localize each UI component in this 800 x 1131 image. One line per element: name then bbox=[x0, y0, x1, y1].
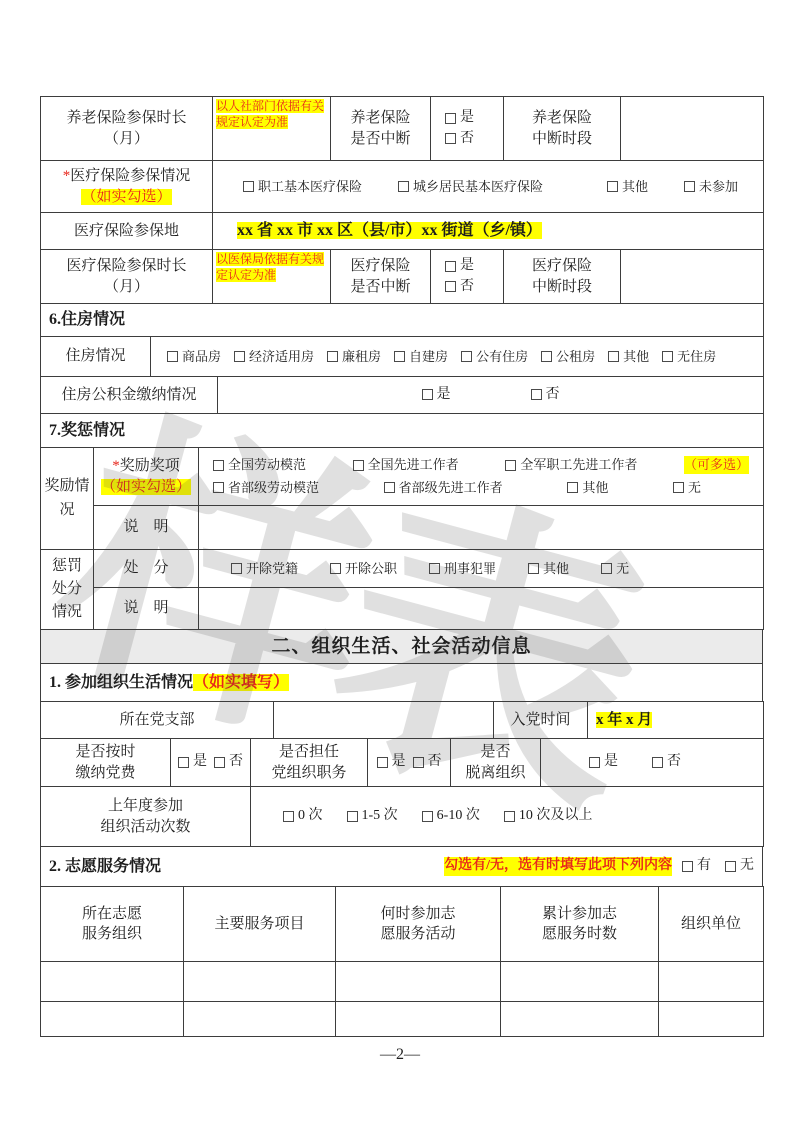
pension-interrupt-choice: 是 否 bbox=[431, 97, 504, 161]
option-label: 其他 bbox=[622, 178, 648, 196]
punish-group-line3: 情况 bbox=[42, 601, 92, 624]
yes-label: 是 bbox=[604, 753, 618, 772]
volunteer-header-project: 主要服务项目 bbox=[184, 887, 336, 962]
checkbox-icon[interactable] bbox=[429, 563, 440, 574]
option-label: 开除公职 bbox=[345, 560, 397, 578]
insurance-table: 养老保险参保时长 （月） 以人社部门依据有关规定认定为准 养老保险 是否中断 是… bbox=[40, 96, 764, 304]
pension-duration-note: 以人社部门依据有关规定认定为准 bbox=[216, 99, 324, 129]
medical-option-2[interactable]: 其他 bbox=[607, 178, 648, 196]
punish-options: 开除党籍 开除公职 刑事犯罪 其他 无 bbox=[199, 550, 764, 588]
option-label: 省部级劳动模范 bbox=[228, 479, 319, 497]
option-label: 职工基本医疗保险 bbox=[258, 178, 362, 196]
form-page: 养老保险参保时长 （月） 以人社部门依据有关规定认定为准 养老保险 是否中断 是… bbox=[0, 0, 800, 1131]
medical-interrupt-yes[interactable]: 是 bbox=[445, 257, 499, 276]
checkbox-icon[interactable] bbox=[608, 351, 619, 362]
no-label: 否 bbox=[229, 753, 243, 772]
punish-option-1[interactable]: 开除公职 bbox=[330, 560, 397, 578]
pension-duration-note-cell: 以人社部门依据有关规定认定为准 bbox=[213, 97, 331, 161]
pension-period-line1: 养老保险 bbox=[508, 108, 616, 128]
checkbox-icon[interactable] bbox=[422, 389, 433, 400]
org-life-branch-table: 所在党支部 入党时间 x 年 x 月 bbox=[40, 701, 764, 739]
checkbox-icon[interactable] bbox=[213, 460, 224, 471]
reward-group-label: 奖励情况 bbox=[41, 448, 94, 550]
checkbox-icon[interactable] bbox=[673, 482, 684, 493]
option-label: 全军职工先进工作者 bbox=[520, 456, 637, 474]
punish-option-2[interactable]: 刑事犯罪 bbox=[429, 560, 496, 578]
activity-label-line2: 组织活动次数 bbox=[45, 817, 246, 837]
punish-option-4[interactable]: 无 bbox=[601, 560, 629, 578]
volunteer-header-hours: 累计参加志 愿服务时数 bbox=[501, 887, 659, 962]
option-label: 6-10 次 bbox=[437, 807, 480, 826]
checkbox-icon[interactable] bbox=[234, 351, 245, 362]
yes-label: 是 bbox=[460, 257, 474, 276]
pension-interrupt-no[interactable]: 否 bbox=[445, 130, 499, 149]
rewards-table: 7.奖惩情况 奖励情况 *奖励奖项 （如实勾选） 全国劳动模范 全国先进工作者 … bbox=[40, 413, 764, 630]
post-label-line1: 是否担任 bbox=[255, 742, 363, 762]
leave-no[interactable]: 否 bbox=[652, 753, 681, 772]
punish-option-0[interactable]: 开除党籍 bbox=[231, 560, 298, 578]
medical-duration-unit: （月） bbox=[45, 277, 208, 297]
pension-interrupt-yes[interactable]: 是 bbox=[445, 109, 499, 128]
checkbox-icon[interactable] bbox=[684, 181, 695, 192]
branch-value[interactable] bbox=[274, 702, 494, 739]
rewards-section-title: 7.奖惩情况 bbox=[41, 414, 764, 448]
punish-remark-label: 说 明 bbox=[94, 588, 199, 630]
join-date-value-cell[interactable]: x 年 x 月 bbox=[588, 702, 764, 739]
punish-group-label: 惩罚 处分 情况 bbox=[41, 550, 94, 630]
post-yes[interactable]: 是 bbox=[377, 753, 406, 772]
housing-option-4[interactable]: 公有住房 bbox=[461, 348, 528, 366]
form-content: 养老保险参保时长 （月） 以人社部门依据有关规定认定为准 养老保险 是否中断 是… bbox=[40, 96, 763, 1037]
award-option-1[interactable]: 全国先进工作者 bbox=[353, 456, 459, 474]
pension-period-line2: 中断时段 bbox=[508, 129, 616, 149]
header-line: 愿服务活动 bbox=[340, 924, 496, 944]
yes-label: 是 bbox=[460, 109, 474, 128]
medical-interrupt-label: 医疗保险 是否中断 bbox=[331, 250, 431, 304]
checkbox-icon[interactable] bbox=[662, 351, 673, 362]
option-label: 廉租房 bbox=[342, 348, 381, 366]
activity-label: 上年度参加 组织活动次数 bbox=[41, 787, 251, 847]
pension-interrupt-period-value[interactable] bbox=[621, 97, 764, 161]
option-label: 其他 bbox=[623, 348, 649, 366]
leave-label: 是否 脱离组织 bbox=[451, 739, 541, 787]
option-label: 其他 bbox=[543, 560, 569, 578]
housing-options: 商品房 经济适用房 廉租房 自建房 公有住房 公租房 其他 无住房 bbox=[151, 337, 764, 377]
org-life-title: 1. 参加组织生活情况 bbox=[49, 674, 193, 691]
checkbox-icon[interactable] bbox=[601, 563, 612, 574]
leave-yes[interactable]: 是 bbox=[589, 753, 618, 772]
volunteer-cell[interactable] bbox=[336, 962, 501, 1002]
pension-interrupt-period-label: 养老保险 中断时段 bbox=[504, 97, 621, 161]
activity-options: 0 次 1-5 次 6-10 次 10 次及以上 bbox=[251, 787, 764, 847]
checkbox-icon[interactable] bbox=[347, 811, 358, 822]
medical-interrupt-label-line1: 医疗保险 bbox=[335, 256, 426, 276]
volunteer-cell[interactable] bbox=[184, 962, 336, 1002]
option-label: 1-5 次 bbox=[362, 807, 398, 826]
punish-group-line1: 惩罚 bbox=[42, 555, 92, 578]
dues-no[interactable]: 否 bbox=[214, 753, 243, 772]
checkbox-icon[interactable] bbox=[422, 811, 433, 822]
volunteer-none[interactable]: 无 bbox=[725, 857, 754, 876]
checkbox-icon[interactable] bbox=[445, 113, 456, 124]
award-option-6[interactable]: 无 bbox=[673, 479, 701, 497]
checkbox-icon[interactable] bbox=[505, 460, 516, 471]
volunteer-cell[interactable] bbox=[41, 1002, 184, 1037]
no-label: 否 bbox=[546, 386, 560, 405]
award-label-text: 奖励奖项 bbox=[120, 458, 180, 474]
housing-option-2[interactable]: 廉租房 bbox=[327, 348, 381, 366]
checkbox-icon[interactable] bbox=[541, 351, 552, 362]
activity-option-2[interactable]: 6-10 次 bbox=[422, 807, 480, 826]
medical-interrupt-choice: 是 否 bbox=[431, 250, 504, 304]
volunteer-cell[interactable] bbox=[336, 1002, 501, 1037]
housing-option-1[interactable]: 经济适用房 bbox=[234, 348, 314, 366]
option-label: 公有住房 bbox=[476, 348, 528, 366]
org-life-activity-table: 上年度参加 组织活动次数 0 次 1-5 次 6-10 次 10 次及以上 bbox=[40, 786, 764, 847]
org-life-title-table: 1. 参加组织生活情况（如实填写） bbox=[40, 663, 763, 702]
checkbox-icon[interactable] bbox=[607, 181, 618, 192]
punish-group-line2: 处分 bbox=[42, 578, 92, 601]
checkbox-icon[interactable] bbox=[445, 133, 456, 144]
checkbox-icon[interactable] bbox=[652, 757, 663, 768]
housing-option-7[interactable]: 无住房 bbox=[662, 348, 716, 366]
volunteer-cell[interactable] bbox=[41, 962, 184, 1002]
section-band-title: 二、组织生活、社会活动信息 bbox=[41, 630, 763, 664]
medical-interrupt-period-value[interactable] bbox=[621, 250, 764, 304]
table-row bbox=[41, 962, 764, 1002]
option-label: 其他 bbox=[582, 479, 608, 497]
dues-label-line2: 缴纳党费 bbox=[45, 763, 166, 783]
checkbox-icon[interactable] bbox=[384, 482, 395, 493]
housing-status-label: 住房情况 bbox=[41, 337, 151, 377]
option-label: 无住房 bbox=[677, 348, 716, 366]
checkbox-icon[interactable] bbox=[531, 389, 542, 400]
checkbox-icon[interactable] bbox=[327, 351, 338, 362]
header-line: 主要服务项目 bbox=[188, 914, 331, 934]
option-label: 自建房 bbox=[409, 348, 448, 366]
checkbox-icon[interactable] bbox=[398, 181, 409, 192]
post-label-line2: 党组织职务 bbox=[255, 763, 363, 783]
volunteer-cell[interactable] bbox=[501, 962, 659, 1002]
pension-interrupt-label-line1: 养老保险 bbox=[335, 108, 426, 128]
option-label: 省部级先进工作者 bbox=[399, 479, 503, 497]
medical-interrupt-label-line2: 是否中断 bbox=[335, 277, 426, 297]
none-label: 无 bbox=[740, 857, 754, 876]
checkbox-icon[interactable] bbox=[377, 757, 388, 768]
award-note: （如实勾选） bbox=[101, 479, 191, 495]
checkbox-icon[interactable] bbox=[353, 460, 364, 471]
volunteer-cell[interactable] bbox=[659, 1002, 764, 1037]
header-line: 所在志愿 bbox=[45, 904, 179, 924]
header-line: 何时参加志 bbox=[340, 904, 496, 924]
volunteer-header-org: 所在志愿 服务组织 bbox=[41, 887, 184, 962]
housing-option-0[interactable]: 商品房 bbox=[167, 348, 221, 366]
punish-option-3[interactable]: 其他 bbox=[528, 560, 569, 578]
have-label: 有 bbox=[697, 857, 711, 876]
medical-place-label: 医疗保险参保地 bbox=[41, 213, 213, 250]
checkbox-icon[interactable] bbox=[445, 261, 456, 272]
page-number: —2— bbox=[0, 1046, 800, 1064]
option-label: 城乡居民基本医疗保险 bbox=[413, 178, 543, 196]
medical-period-line1: 医疗保险 bbox=[508, 256, 616, 276]
medical-status-label-text: 医疗保险参保情况 bbox=[70, 168, 190, 184]
volunteer-note: 勾选有/无，选有时填写此项下列内容 bbox=[444, 857, 672, 876]
housing-option-5[interactable]: 公租房 bbox=[541, 348, 595, 366]
activity-label-line1: 上年度参加 bbox=[45, 796, 246, 816]
yes-label: 是 bbox=[392, 753, 406, 772]
medical-option-1[interactable]: 城乡居民基本医疗保险 bbox=[398, 178, 543, 196]
award-label: *奖励奖项 （如实勾选） bbox=[94, 448, 199, 506]
checkbox-icon[interactable] bbox=[725, 861, 736, 872]
medical-duration-note-cell: 以医保局依据有关规定认定为准 bbox=[213, 250, 331, 304]
medical-duration-label-text: 医疗保险参保时长 bbox=[45, 256, 208, 276]
branch-label: 所在党支部 bbox=[41, 702, 274, 739]
housing-fund-no[interactable]: 否 bbox=[531, 386, 560, 405]
option-label: 公租房 bbox=[556, 348, 595, 366]
award-remark-value[interactable] bbox=[199, 506, 764, 550]
volunteer-title: 2. 志愿服务情况 bbox=[49, 856, 161, 878]
award-option-3[interactable]: 省部级劳动模范 bbox=[213, 479, 319, 497]
checkbox-icon[interactable] bbox=[243, 181, 254, 192]
option-label: 0 次 bbox=[298, 807, 323, 826]
pension-interrupt-label: 养老保险 是否中断 bbox=[331, 97, 431, 161]
award-options: 全国劳动模范 全国先进工作者 全军职工先进工作者 （可多选） 省部级劳动模范 省… bbox=[199, 448, 764, 506]
checkbox-icon[interactable] bbox=[330, 563, 341, 574]
checkbox-icon[interactable] bbox=[167, 351, 178, 362]
header-line: 累计参加志 bbox=[505, 904, 654, 924]
checkbox-icon[interactable] bbox=[461, 351, 472, 362]
option-label: 未参加 bbox=[699, 178, 738, 196]
pension-duration-label: 养老保险参保时长 （月） bbox=[41, 97, 213, 161]
checkbox-icon[interactable] bbox=[413, 757, 424, 768]
housing-fund-choice: 是 否 bbox=[218, 377, 764, 414]
post-label: 是否担任 党组织职务 bbox=[251, 739, 368, 787]
award-option-0[interactable]: 全国劳动模范 bbox=[213, 456, 306, 474]
required-star: * bbox=[112, 458, 120, 474]
no-label: 否 bbox=[460, 130, 474, 149]
medical-option-3[interactable]: 未参加 bbox=[684, 178, 738, 196]
volunteer-cell[interactable] bbox=[501, 1002, 659, 1037]
pension-duration-unit: （月） bbox=[45, 129, 208, 149]
option-label: 10 次及以上 bbox=[519, 807, 593, 826]
org-life-yesno-table: 是否按时 缴纳党费 是 否 是否担任 党组织职务 是 否 bbox=[40, 738, 764, 787]
option-label: 商品房 bbox=[182, 348, 221, 366]
checkbox-icon[interactable] bbox=[394, 351, 405, 362]
header-line: 愿服务时数 bbox=[505, 924, 654, 944]
table-row bbox=[41, 1002, 764, 1037]
yes-label: 是 bbox=[193, 753, 207, 772]
volunteer-have[interactable]: 有 bbox=[682, 857, 711, 876]
housing-section-title: 6.住房情况 bbox=[41, 304, 764, 337]
volunteer-table: 所在志愿 服务组织 主要服务项目 何时参加志 愿服务活动 累计参加志 愿服务时数… bbox=[40, 886, 764, 1037]
volunteer-title-cell: 2. 志愿服务情况 勾选有/无，选有时填写此项下列内容 有 无 bbox=[41, 847, 763, 887]
medical-duration-note: 以医保局依据有关规定认定为准 bbox=[216, 252, 324, 282]
org-life-title-cell: 1. 参加组织生活情况（如实填写） bbox=[41, 664, 763, 702]
punish-remark-value[interactable] bbox=[199, 588, 764, 630]
medical-status-options: 职工基本医疗保险 城乡居民基本医疗保险 其他 未参加 bbox=[213, 161, 764, 213]
award-option-5[interactable]: 其他 bbox=[567, 479, 608, 497]
medical-status-note: （如实勾选） bbox=[81, 189, 171, 205]
housing-option-3[interactable]: 自建房 bbox=[394, 348, 448, 366]
checkbox-icon[interactable] bbox=[214, 757, 225, 768]
checkbox-icon[interactable] bbox=[504, 811, 515, 822]
dues-label: 是否按时 缴纳党费 bbox=[41, 739, 171, 787]
housing-fund-yes[interactable]: 是 bbox=[422, 386, 451, 405]
checkbox-icon[interactable] bbox=[528, 563, 539, 574]
dues-choice: 是 否 bbox=[171, 739, 251, 787]
option-label: 无 bbox=[688, 479, 701, 497]
no-label: 否 bbox=[460, 278, 474, 297]
option-label: 刑事犯罪 bbox=[444, 560, 496, 578]
housing-table: 6.住房情况 住房情况 商品房 经济适用房 廉租房 自建房 公有住房 公租房 其… bbox=[40, 303, 764, 414]
volunteer-header-when: 何时参加志 愿服务活动 bbox=[336, 887, 501, 962]
org-life-title-note: （如实填写） bbox=[193, 674, 289, 691]
yes-label: 是 bbox=[437, 386, 451, 405]
medical-interrupt-period-label: 医疗保险 中断时段 bbox=[504, 250, 621, 304]
leave-choice: 是 否 bbox=[541, 739, 764, 787]
option-label: 开除党籍 bbox=[246, 560, 298, 578]
checkbox-icon[interactable] bbox=[283, 811, 294, 822]
join-date-value: x 年 x 月 bbox=[596, 712, 652, 728]
award-remark-label: 说 明 bbox=[94, 506, 199, 550]
option-label: 无 bbox=[616, 560, 629, 578]
pension-interrupt-label-line2: 是否中断 bbox=[335, 129, 426, 149]
header-line: 组织单位 bbox=[663, 914, 759, 934]
checkbox-icon[interactable] bbox=[178, 757, 189, 768]
checkbox-icon[interactable] bbox=[567, 482, 578, 493]
medical-option-0[interactable]: 职工基本医疗保险 bbox=[243, 178, 362, 196]
medical-status-label: *医疗保险参保情况 （如实勾选） bbox=[41, 161, 213, 213]
medical-duration-label: 医疗保险参保时长 （月） bbox=[41, 250, 213, 304]
award-option-4[interactable]: 省部级先进工作者 bbox=[384, 479, 503, 497]
checkbox-icon[interactable] bbox=[213, 482, 224, 493]
checkbox-icon[interactable] bbox=[589, 757, 600, 768]
activity-option-1[interactable]: 1-5 次 bbox=[347, 807, 398, 826]
checkbox-icon[interactable] bbox=[445, 281, 456, 292]
header-line: 服务组织 bbox=[45, 924, 179, 944]
leave-label-line1: 是否 bbox=[455, 742, 536, 762]
section-band-table: 二、组织生活、社会活动信息 bbox=[40, 629, 763, 664]
join-date-label: 入党时间 bbox=[494, 702, 588, 739]
dues-label-line1: 是否按时 bbox=[45, 742, 166, 762]
medical-place-value: xx 省 xx 市 xx 区（县/市）xx 街道（乡/镇） bbox=[237, 222, 542, 239]
multi-select-tag: （可多选） bbox=[684, 456, 749, 474]
post-choice: 是 否 bbox=[368, 739, 451, 787]
pension-duration-label-text: 养老保险参保时长 bbox=[45, 108, 208, 128]
dues-yes[interactable]: 是 bbox=[178, 753, 207, 772]
option-label: 全国劳动模范 bbox=[228, 456, 306, 474]
housing-option-6[interactable]: 其他 bbox=[608, 348, 649, 366]
activity-option-0[interactable]: 0 次 bbox=[283, 807, 323, 826]
medical-period-line2: 中断时段 bbox=[508, 277, 616, 297]
checkbox-icon[interactable] bbox=[231, 563, 242, 574]
punish-label: 处 分 bbox=[94, 550, 199, 588]
medical-interrupt-no[interactable]: 否 bbox=[445, 278, 499, 297]
volunteer-title-table: 2. 志愿服务情况 勾选有/无，选有时填写此项下列内容 有 无 bbox=[40, 846, 763, 887]
housing-fund-label: 住房公积金缴纳情况 bbox=[41, 377, 218, 414]
volunteer-cell[interactable] bbox=[659, 962, 764, 1002]
checkbox-icon[interactable] bbox=[682, 861, 693, 872]
medical-place-value-cell[interactable]: xx 省 xx 市 xx 区（县/市）xx 街道（乡/镇） bbox=[213, 213, 764, 250]
no-label: 否 bbox=[428, 753, 442, 772]
leave-label-line2: 脱离组织 bbox=[455, 763, 536, 783]
post-no[interactable]: 否 bbox=[413, 753, 442, 772]
volunteer-header-unit: 组织单位 bbox=[659, 887, 764, 962]
award-option-2[interactable]: 全军职工先进工作者 bbox=[505, 456, 637, 474]
volunteer-cell[interactable] bbox=[184, 1002, 336, 1037]
no-label: 否 bbox=[667, 753, 681, 772]
option-label: 经济适用房 bbox=[249, 348, 314, 366]
option-label: 全国先进工作者 bbox=[368, 456, 459, 474]
activity-option-3[interactable]: 10 次及以上 bbox=[504, 807, 593, 826]
